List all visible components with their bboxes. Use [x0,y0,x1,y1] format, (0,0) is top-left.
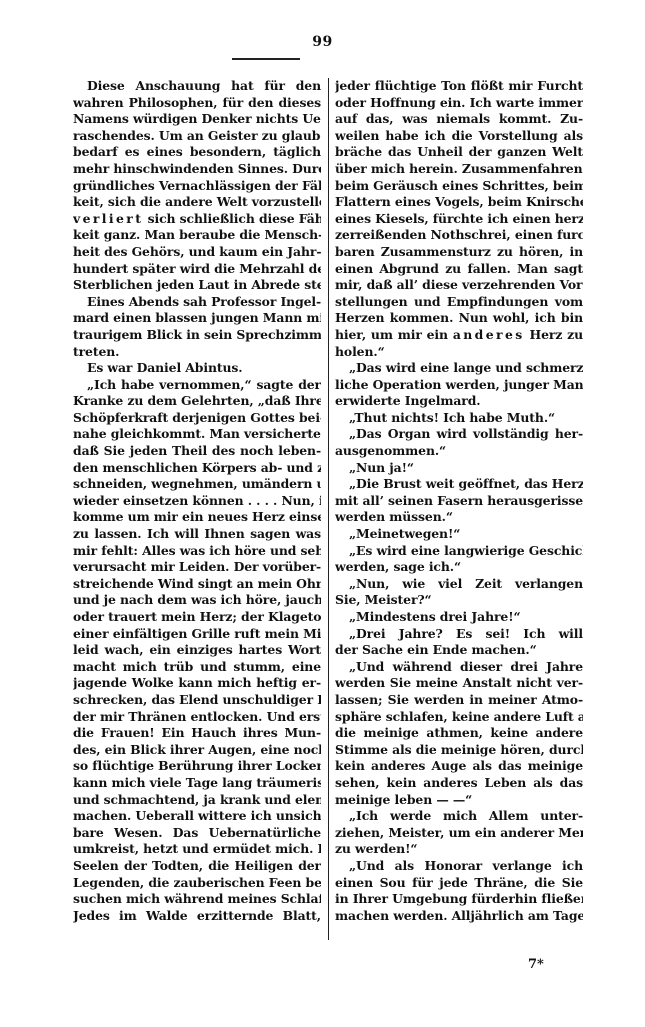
text-line: hundert später wird die Mehrzahl der [73,261,321,278]
text-line: sehen, kein anderes Leben als das [335,775,583,792]
text-line: mehr hinschwindenden Sinnes. Durch [73,161,321,178]
text-line: Schöpferkraft derjenigen Gottes bei- [73,410,321,427]
text-line: Eines Abends sah Professor Ingel- [73,294,321,311]
text-line: baren Zusammensturz zu hören, in [335,244,583,261]
text-line: oder trauert mein Herz; der Klageton [73,609,321,626]
text-line: „Und während dieser drei Jahre [335,659,583,676]
text-line: verursacht mir Leiden. Der vorüber- [73,559,321,576]
text-line: und je nach dem was ich höre, jauchzt [73,592,321,609]
text-line: Kranke zu dem Gelehrten, „daß Ihre [73,393,321,410]
text-line: nahe gleichkommt. Man versicherte, [73,426,321,443]
text-line: Flattern eines Vogels, beim Knirschen [335,194,583,211]
text-line: macht mich trüb und stumm, eine [73,659,321,676]
text-line: zerreißenden Nothschrei, einen furcht- [335,227,583,244]
text-line: suchen mich während meines Schlafes. [73,891,321,908]
text-line: mard einen blassen jungen Mann mit [73,310,321,327]
emphasized-word: anderes [453,327,525,342]
text-line: „Meinetwegen!“ [335,526,583,543]
text-line: hier, um mir ein anderes Herz zu [335,327,583,344]
text-line: in Ihrer Umgebung fürderhin fließen [335,891,583,908]
text-line: werden, sage ich.“ [335,559,583,576]
text-line: zu lassen. Ich will Ihnen sagen was [73,526,321,543]
text-line: einen Sou für jede Thräne, die Sie [335,875,583,892]
text-line: des, ein Blick ihrer Augen, eine noch [73,742,321,759]
text-line: der Sache ein Ende machen.“ [335,642,583,659]
text-line: die meinige athmen, keine andere [335,725,583,742]
right-column: jeder flüchtige Ton flößt mir Furchtoder… [329,78,583,924]
text-line: Namens würdigen Denker nichts Ueber- [73,111,321,128]
text-line: jeder flüchtige Ton flößt mir Furcht [335,78,583,95]
text-line: „Es wird eine langwierige Geschichte [335,543,583,560]
text-line: heit des Gehörs, und kaum ein Jahr- [73,244,321,261]
text-line: der mir Thränen entlocken. Und erst [73,709,321,726]
text-line: schrecken, das Elend unschuldiger Kin- [73,692,321,709]
text-line: den menschlichen Körpers ab- und zu- [73,460,321,477]
text-line: daß Sie jeden Theil des noch leben- [73,443,321,460]
text-line: beim Geräusch eines Schrittes, beim [335,178,583,195]
text-line: keit, sich die andere Welt vorzustellen, [73,194,321,211]
header-rule [232,58,300,60]
text-line: meinige leben — —“ [335,792,583,809]
text-line: „Ich habe vernommen,“ sagte der [73,377,321,394]
text-line: über mich herein. Zusammenfahrend [335,161,583,178]
text-line: weilen habe ich die Vorstellung als [335,128,583,145]
text-line: oder Hoffnung ein. Ich warte immer [335,95,583,112]
emphasized-word: verliert [73,211,143,226]
text-line: kein anderes Auge als das meinige [335,758,583,775]
text-line: „Nun, wie viel Zeit verlangen [335,576,583,593]
text-line: machen werden. Alljährlich am Tage [335,908,583,925]
text-line: wahren Philosophen, für den dieses [73,95,321,112]
text-line: „Ich werde mich Allem unter- [335,808,583,825]
text-line: „Das Organ wird vollständig her- [335,426,583,443]
text-line: streichende Wind singt an mein Ohr [73,576,321,593]
text-line: Sterblichen jeden Laut in Abrede stellen… [73,277,321,294]
text-line: jagende Wolke kann mich heftig er- [73,675,321,692]
text-line: „Thut nichts! Ich habe Muth.“ [335,410,583,427]
text-line: stellungen und Empfindungen vom [335,294,583,311]
text-line: „Nun ja!“ [335,460,583,477]
text-line: wieder einsetzen können . . . . Nun, ich [73,493,321,510]
text-line: umkreist, hetzt und ermüdet mich. Die [73,841,321,858]
text-line: „Und als Honorar verlange ich [335,858,583,875]
text-line: raschendes. Um an Geister zu glauben, [73,128,321,145]
text-line: bräche das Unheil der ganzen Welt [335,144,583,161]
text-line: die Frauen! Ein Hauch ihres Mun- [73,725,321,742]
text-line: eines Kiesels, fürchte ich einen herz- [335,211,583,228]
text-line: so flüchtige Berührung ihrer Locken, [73,758,321,775]
text-line: liche Operation werden, junger Mann!“ [335,377,583,394]
text-line: zu werden!“ [335,841,583,858]
book-page: 99 Diese Anschauung hat für denwahren Ph… [0,0,645,1027]
text-line: einen Abgrund zu fallen. Man sagt [335,261,583,278]
text-line: Diese Anschauung hat für den [73,78,321,95]
text-line: Es war Daniel Abintus. [73,360,321,377]
text-line: Stimme als die meinige hören, durch [335,742,583,759]
text-line: schneiden, wegnehmen, umändern und [73,476,321,493]
text-line: sphäre schlafen, keine andere Luft als [335,709,583,726]
text-line: bedarf es eines besondern, täglich [73,144,321,161]
text-line: „Die Brust weit geöffnet, das Herz [335,476,583,493]
page-number: 99 [0,34,645,50]
left-column: Diese Anschauung hat für denwahren Philo… [73,78,328,924]
text-line: erwiderte Ingelmard. [335,393,583,410]
text-line: Herzen kommen. Nun wohl, ich bin [335,310,583,327]
signature-mark: 7* [528,957,544,972]
text-line: lassen; Sie werden in meiner Atmo- [335,692,583,709]
text-line: „Das wird eine lange und schmerz- [335,360,583,377]
text-line: traurigem Blick in sein Sprechzimmer [73,327,321,344]
text-line: Seelen der Todten, die Heiligen der [73,858,321,875]
text-line: auf das, was niemals kommt. Zu- [335,111,583,128]
text-line: mir fehlt: Alles was ich höre und sehe, [73,543,321,560]
text-line: ziehen, Meister, um ein anderer Mensch [335,825,583,842]
text-columns: Diese Anschauung hat für denwahren Philo… [73,78,585,940]
text-line: mir, daß all’ diese verzehrenden Vor- [335,277,583,294]
text-line: Jedes im Walde erzitternde Blatt, [73,908,321,925]
text-line: Legenden, die zauberischen Feen be- [73,875,321,892]
text-line: holen.“ [335,344,583,361]
text-line: bare Wesen. Das Uebernatürliche [73,825,321,842]
text-line: Sie, Meister?“ [335,592,583,609]
text-line: keit ganz. Man beraube die Mensch- [73,227,321,244]
text-line: leid wach, ein einziges hartes Wort [73,642,321,659]
text-line: machen. Ueberall wittere ich unsicht- [73,808,321,825]
text-line: treten. [73,344,321,361]
text-line: werden Sie meine Anstalt nicht ver- [335,675,583,692]
text-line: mit all’ seinen Fasern herausgerissen [335,493,583,510]
text-line: kann mich viele Tage lang träumerisch [73,775,321,792]
text-line: „Mindestens drei Jahre!“ [335,609,583,626]
text-line: komme um mir ein neues Herz einsetzen [73,509,321,526]
text-line: und schmachtend, ja krank und elend [73,792,321,809]
text-line: „Drei Jahre? Es sei! Ich will [335,626,583,643]
text-line: ausgenommen.“ [335,443,583,460]
text-line: gründliches Vernachlässigen der Fähig- [73,178,321,195]
text-line: werden müssen.“ [335,509,583,526]
text-line: verliert sich schließlich diese Fähig- [73,211,321,228]
text-line: einer einfältigen Grille ruft mein Mit- [73,626,321,643]
